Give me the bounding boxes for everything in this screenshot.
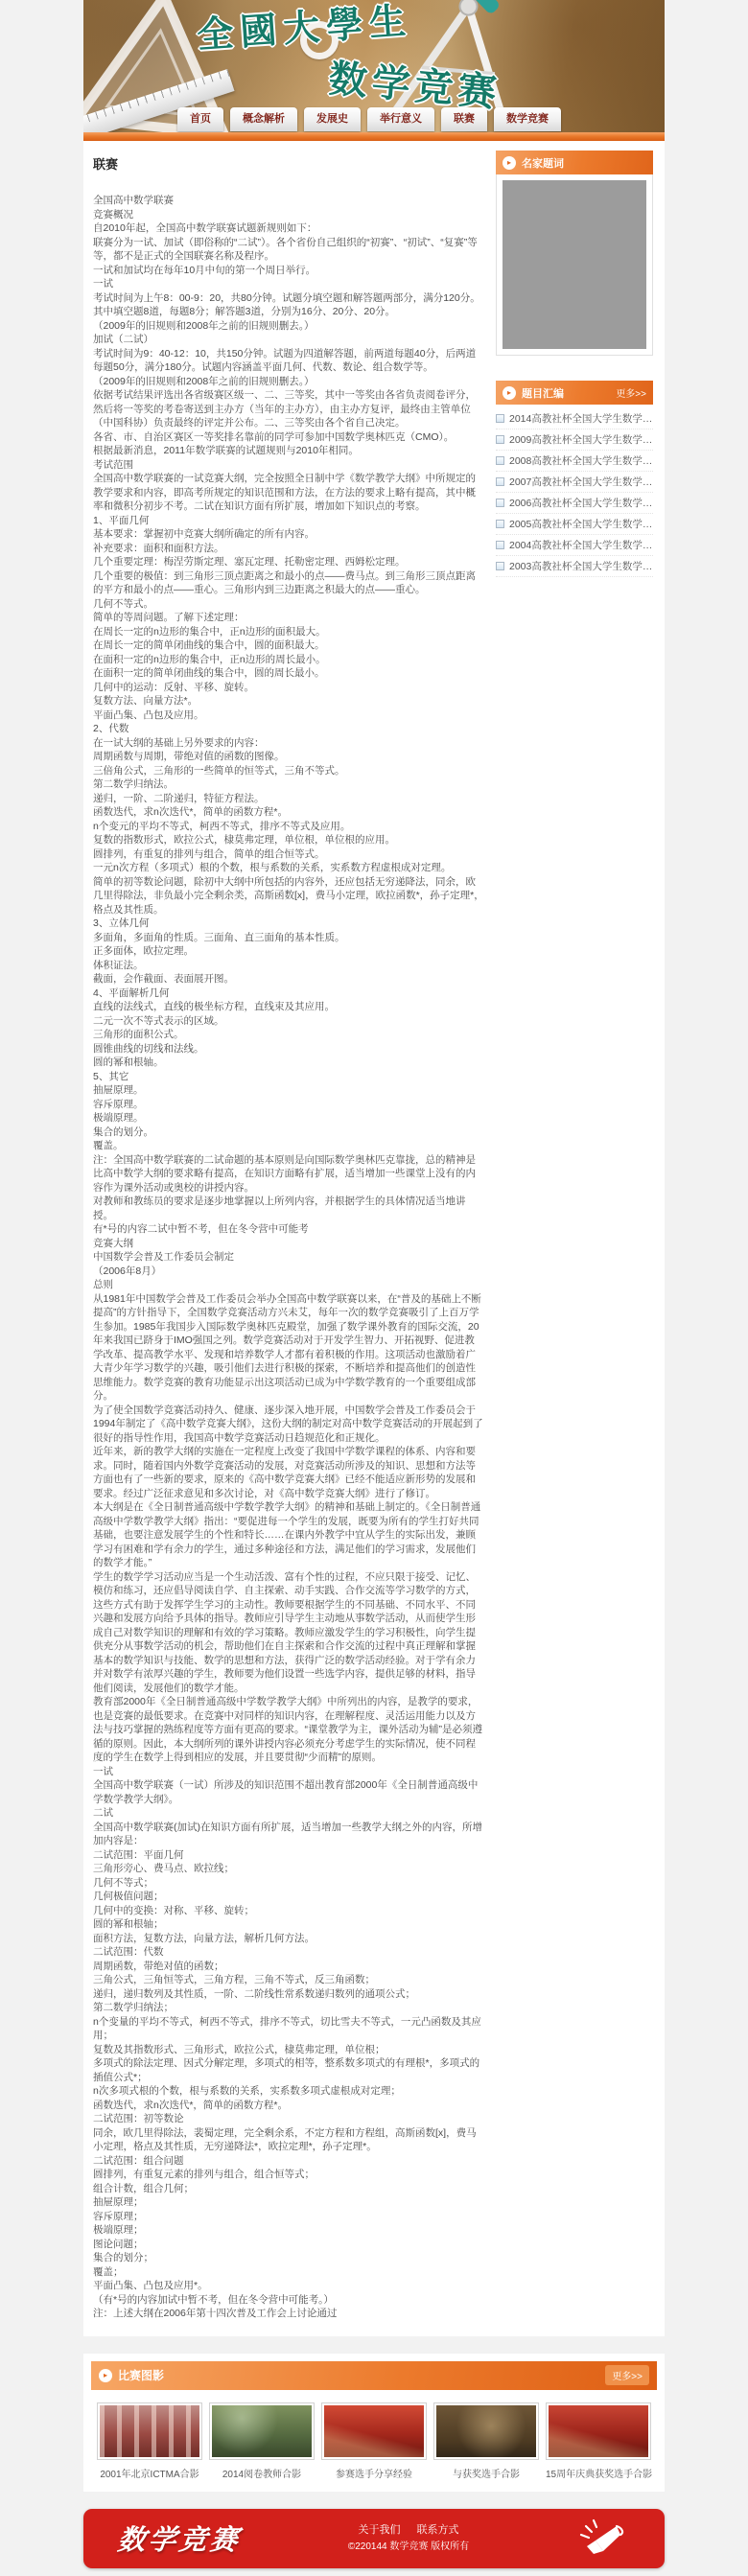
article-paragraph: 抽屉原理。 <box>93 1083 484 1098</box>
article-paragraph: 抽屉原理； <box>93 2195 484 2210</box>
inscriptions-title: 名家题词 <box>522 155 564 171</box>
article-paragraph: 多项式的除法定理、因式分解定理，多项式的相等，整系数多项式的有理根*，多项式的插… <box>93 2056 484 2084</box>
article-paragraph: 补充要求：面积和面积方法。 <box>93 542 484 556</box>
article-paragraph: 注：上述大纲在2006年第十四次普及工作会上讨论通过 <box>93 2307 484 2321</box>
article-column: 联赛 全国高中数学联赛 竞赛概况 自2010年起，全国高中数学联赛试题新规则如下… <box>93 151 484 2321</box>
compilation-item-label: 2009高教社杯全国大学生数学竞赛… <box>509 432 653 447</box>
article-paragraph: （2009年的旧规则和2008年之前的旧规则删去。） <box>93 319 484 334</box>
article-paragraph: 几何中的变换：对称、平移、旋转； <box>93 1904 484 1918</box>
article-paragraph: 几何中的运动：反射、平移、旋转。 <box>93 681 484 695</box>
article-paragraph: 三角形的面积公式。 <box>93 1028 484 1042</box>
article-paragraph: 复数方法、向量方法*。 <box>93 694 484 708</box>
article-paragraph: 二试范围：代数 <box>93 1945 484 1960</box>
article-paragraph: 面积方法，复数方法，向量方法，解析几何方法。 <box>93 1932 484 1946</box>
article-paragraph: 圆排列，有重复的排列与组合，简单的组合恒等式。 <box>93 847 484 862</box>
article-paragraph: 简单的等周问题。了解下述定理： <box>93 611 484 625</box>
photo-caption: 15周年庆典获奖选手合影 <box>546 2466 651 2480</box>
nav-item[interactable]: 概念解析 <box>230 107 297 131</box>
article-paragraph: 在一试大纲的基础上另外要求的内容： <box>93 736 484 751</box>
document-icon <box>496 541 504 549</box>
article-paragraph: 依据考试结果评选出各省级赛区级一、二、三等奖，其中一等奖由各省负责阅卷评分，然后… <box>93 388 484 430</box>
banner-title-line1: 全國大學生 <box>195 0 413 58</box>
article-paragraph: （有*号的内容加试中暂不考，但在冬令营中可能考。） <box>93 2293 484 2308</box>
photo-thumbnail <box>549 2405 648 2457</box>
article-paragraph: 教育部2000年《全日制普通高级中学数学教学大纲》中所列出的内容，是教学的要求，… <box>93 1695 484 1765</box>
compilation-list-item[interactable]: 2008高教社杯全国大学生数学竞赛… <box>496 451 653 472</box>
article-paragraph: 平面凸集、凸包及应用*。 <box>93 2279 484 2293</box>
gallery-header: ▸ 比赛图影 更多>> <box>91 2361 657 2390</box>
inscriptions-header: ▸ 名家题词 <box>496 151 653 174</box>
article-paragraph: 圆的幂和根轴。 <box>93 1056 484 1070</box>
compilation-list: 2014高教社杯全国大学生数学竞赛… 2009高教社杯全国大学生数学竞赛… 20… <box>496 408 653 577</box>
article-paragraph: 在面积一定的简单闭曲线的集合中，圆的周长最小。 <box>93 666 484 681</box>
document-icon <box>496 499 504 507</box>
article-paragraph: 一试 <box>93 1765 484 1779</box>
inscriptions-body <box>496 174 653 356</box>
compilation-list-item[interactable]: 2004高教社杯全国大学生数学竞赛… <box>496 535 653 556</box>
article-paragraph: 简单的初等数论问题，除初中大纲中所包括的内容外，还应包括无穷递降法，同余，欧几里… <box>93 875 484 917</box>
article-paragraph: 组合计数，组合几何； <box>93 2182 484 2196</box>
document-icon <box>496 435 504 444</box>
article-paragraph: 三倍角公式，三角形的一些简单的恒等式，三角不等式。 <box>93 764 484 778</box>
article-paragraph: 容斥原理； <box>93 2210 484 2224</box>
compilation-item-label: 2003高教社杯全国大学生数学竞赛… <box>509 559 653 573</box>
article-paragraph: 中国数学会普及工作委员会制定 <box>93 1250 484 1265</box>
nav-item[interactable]: 联赛 <box>441 107 487 131</box>
gallery-photos: 2001年北京ICTMA合影 2014阅卷教师合影 参赛选手分享经验 <box>91 2390 657 2482</box>
article-paragraph: 平面凸集、凸包及应用。 <box>93 708 484 723</box>
document-icon <box>496 562 504 570</box>
arrow-bullet-icon: ▸ <box>503 386 516 400</box>
article-paragraph: 几个重要的极值：到三角形三顶点距离之和最小的点——费马点。到三角形三顶点距离的平… <box>93 569 484 597</box>
photo-thumbnail <box>436 2405 536 2457</box>
photo-frame <box>321 2402 427 2460</box>
compilation-list-item[interactable]: 2014高教社杯全国大学生数学竞赛… <box>496 408 653 429</box>
compilation-item-label: 2014高教社杯全国大学生数学竞赛… <box>509 411 653 426</box>
article-paragraph: 根据最新消息，2011年数学联赛的试题规则与2010年相同。 <box>93 444 484 458</box>
article-paragraph: 考试范围 <box>93 458 484 473</box>
page-container: 全國大學生 数学竞赛 首页 概念解析 发展史 举行意义 联赛 数学竞赛 联赛 <box>83 0 665 2568</box>
copyright-text: ©220144 数学竞赛 版权所有 <box>241 2539 576 2555</box>
article-paragraph: 二试范围：初等数论 <box>93 2112 484 2126</box>
compilation-header: ▸ 题目汇编 更多>> <box>496 381 653 405</box>
arrow-bullet-icon: ▸ <box>503 156 516 170</box>
compilation-list-item[interactable]: 2005高教社杯全国大学生数学竞赛… <box>496 514 653 535</box>
article-paragraph: 一元n次方程（多项式）根的个数，根与系数的关系，实系数方程虚根成对定理。 <box>93 861 484 875</box>
nav-item[interactable]: 数学竞赛 <box>494 107 561 131</box>
article-paragraph: 集合的划分。 <box>93 1126 484 1140</box>
photo-frame <box>209 2402 315 2460</box>
article-paragraph: 圆排列，有重复元素的排列与组合，组合恒等式； <box>93 2168 484 2182</box>
article-paragraph: 函数迭代，求n次迭代*，简单的函数方程*。 <box>93 805 484 820</box>
article-paragraph: 三角形旁心、费马点、欧拉线； <box>93 1862 484 1876</box>
compilation-item-label: 2006高教社杯全国大学生数学竞赛… <box>509 496 653 510</box>
article-paragraph: 联赛分为一试、加试（即俗称的“二试”）。各个省份自己组织的“初赛”、“初试”、“… <box>93 236 484 264</box>
article-paragraph: 几何不等式。 <box>93 597 484 612</box>
article-paragraph: n个变元的平均不等式，柯西不等式，排序不等式及应用。 <box>93 820 484 834</box>
article-paragraph: 周期函数与周期，带绝对值的函数的图像。 <box>93 750 484 764</box>
main-card: 联赛 全国高中数学联赛 竞赛概况 自2010年起，全国高中数学联赛试题新规则如下… <box>83 141 665 2336</box>
main-nav: 首页 概念解析 发展史 举行意义 联赛 数学竞赛 <box>177 107 561 131</box>
nav-item[interactable]: 发展史 <box>304 107 361 131</box>
article-paragraph: 全国高中数学联赛 <box>93 194 484 208</box>
article-paragraph: 递归，一阶、二阶递归，特征方程法。 <box>93 792 484 806</box>
article-paragraph: 二试范围：组合问题 <box>93 2154 484 2169</box>
article-paragraph: 各省、市、自治区赛区一等奖排名靠前的同学可参加中国数学奥林匹克（CMO）。 <box>93 430 484 445</box>
article-paragraph: 图论问题； <box>93 2238 484 2252</box>
article-paragraph: 近年来，新的教学大纲的实施在一定程度上改变了我国中学数学课程的体系、内容和要求。… <box>93 1445 484 1500</box>
photo-thumbnail <box>212 2405 312 2457</box>
article-paragraph: 周期函数，带绝对值的函数； <box>93 1960 484 1974</box>
article-paragraph: 本大纲是在《全日制普通高级中学数学教学大纲》的精神和基础上制定的。《全日制普通高… <box>93 1500 484 1570</box>
article-paragraph: 二试范围：平面几何 <box>93 1848 484 1863</box>
document-icon <box>496 414 504 423</box>
article-paragraph: 竞赛大纲 <box>93 1237 484 1251</box>
article-paragraph: （2009年的旧规则和2008年之前的旧规则删去。） <box>93 375 484 389</box>
article-paragraph: 基本要求：掌握初中竞赛大纲所确定的所有内容。 <box>93 527 484 542</box>
article-paragraph: 3、立体几何 <box>93 917 484 931</box>
article-paragraph: 总则 <box>93 1278 484 1292</box>
article-paragraph: 极端原理。 <box>93 1111 484 1126</box>
photo-frame <box>546 2402 651 2460</box>
article-paragraph: 加试（二试） <box>93 333 484 347</box>
gallery-title: 比赛图影 <box>118 2367 164 2383</box>
article-paragraph: 同余，欧几里得除法，裴蜀定理，完全剩余系，不定方程和方程组，高斯函数[x]，费马… <box>93 2126 484 2154</box>
article-paragraph: 三角公式，三角恒等式，三角方程，三角不等式，反三角函数； <box>93 1973 484 1987</box>
compilation-item-label: 2004高教社杯全国大学生数学竞赛… <box>509 538 653 552</box>
article-paragraph: 1、平面几何 <box>93 514 484 528</box>
article-paragraph: 极端原理； <box>93 2223 484 2238</box>
article-paragraph: n个变量的平均不等式，柯西不等式，排序不等式，切比雪夫不等式，一元凸函数及其应用… <box>93 2015 484 2043</box>
arrow-bullet-icon: ▸ <box>99 2369 112 2382</box>
photo-frame <box>433 2402 539 2460</box>
footer-links: 关于我们 联系方式 <box>241 2522 576 2539</box>
nav-item[interactable]: 举行意义 <box>367 107 434 131</box>
article-paragraph: 有*号的内容二试中暂不考，但在冬令营中可能考 <box>93 1222 484 1237</box>
article-paragraph: 注：全国高中数学联赛的二试命题的基本原则是向国际数学奥林匹克靠拢，总的精神是比高… <box>93 1153 484 1195</box>
article-paragraph: 覆盖。 <box>93 1139 484 1153</box>
article-paragraph: 考试时间为9：40-12：10，共150分钟。试题为四道解答题，前两道每题40分… <box>93 347 484 375</box>
article-paragraph: 递归，递归数列及其性质，一阶、二阶线性常系数递归数列的通项公式； <box>93 1987 484 2002</box>
article-paragraph: 在面积一定的n边形的集合中，正n边形的周长最小。 <box>93 653 484 667</box>
document-icon <box>496 477 504 486</box>
article-paragraph: 在周长一定的n边形的集合中，正n边形的面积最大。 <box>93 625 484 639</box>
compilation-more-link[interactable]: 更多>> <box>616 385 646 400</box>
article-paragraph: 第二数学归纳法； <box>93 2001 484 2015</box>
footer-center: 关于我们 联系方式 ©220144 数学竞赛 版权所有 <box>241 2522 576 2555</box>
article-paragraph: 二试 <box>93 1806 484 1821</box>
compilation-title: 题目汇编 <box>522 385 564 401</box>
document-icon <box>496 520 504 528</box>
photo-caption: 与获奖选手合影 <box>433 2466 539 2480</box>
article-paragraph: 多面角，多面角的性质。三面角、直三面角的基本性质。 <box>93 931 484 945</box>
inscriptions-box: ▸ 名家题词 <box>496 151 653 356</box>
compilation-list-item[interactable]: 2006高教社杯全国大学生数学竞赛… <box>496 493 653 514</box>
article-paragraph: 对教师和教练员的要求是逐步地掌握以上所列内容，并根据学生的具体情况适当地讲授。 <box>93 1195 484 1222</box>
gallery-photo[interactable]: 15周年庆典获奖选手合影 <box>546 2402 651 2480</box>
article-paragraph: 竞赛概况 <box>93 208 484 222</box>
gallery-card: ▸ 比赛图影 更多>> 2001年北京ICTMA合影 2014阅卷教师合影 <box>83 2354 665 2492</box>
article-paragraph: 复数及其指数形式、三角形式，欧拉公式，棣莫弗定理，单位根； <box>93 2043 484 2057</box>
footer-logo: 数学竞赛 <box>115 2518 243 2558</box>
article-paragraph: 全国高中数学联赛的一试竞赛大纲，完全按照全日制中学《数学教学大纲》中所规定的教学… <box>93 472 484 514</box>
about-link[interactable]: 关于我们 <box>358 2524 400 2536</box>
sidebar: ▸ 名家题词 ▸ 题目汇编 更多>> <box>496 151 653 2321</box>
compilation-list-item[interactable]: 2009高教社杯全国大学生数学竞赛… <box>496 429 653 451</box>
article-paragraph: 第二数学归纳法。 <box>93 777 484 792</box>
article-paragraph: 一试 <box>93 277 484 291</box>
article-paragraph: 全国高中数学联赛(加试)在知识方面有所扩展，适当增加一些教学大纲之外的内容，所增… <box>93 1821 484 1848</box>
article-paragraph: 圆锥曲线的切线和法线。 <box>93 1042 484 1056</box>
article-body: 全国高中数学联赛 竞赛概况 自2010年起，全国高中数学联赛试题新规则如下： 联… <box>93 194 484 2321</box>
site-banner: 全國大學生 数学竞赛 首页 概念解析 发展史 举行意义 联赛 数学竞赛 <box>83 0 665 132</box>
page-title: 联赛 <box>93 154 484 173</box>
gallery-more-button[interactable]: 更多>> <box>605 2365 649 2385</box>
nav-divider-bar <box>83 132 665 141</box>
inscription-image-placeholder <box>503 180 646 349</box>
article-paragraph: 正多面体，欧拉定理。 <box>93 944 484 959</box>
article-paragraph: 集合的划分； <box>93 2251 484 2265</box>
article-paragraph: 从1981年中国数学会普及工作委员会举办全国高中数学联赛以来，在“普及的基础上不… <box>93 1292 484 1404</box>
photo-thumbnail <box>100 2405 199 2457</box>
article-paragraph: 几何极值问题； <box>93 1890 484 1904</box>
article-paragraph: 全国高中数学联赛（一试）所涉及的知识范围不超出教育部2000年《全日制普通高级中… <box>93 1778 484 1806</box>
article-paragraph: 考试时间为上午8：00-9：20，共80分钟。试题分填空题和解答题两部分，满分1… <box>93 291 484 319</box>
article-paragraph: 5、其它 <box>93 1070 484 1084</box>
gallery-photo[interactable]: 与获奖选手合影 <box>433 2402 539 2480</box>
article-paragraph: 几个重要定理：梅涅劳斯定理、塞瓦定理、托勒密定理、西姆松定理。 <box>93 555 484 569</box>
article-paragraph: 复数的指数形式，欧拉公式，棣莫弗定理，单位根，单位根的应用。 <box>93 833 484 847</box>
contact-link[interactable]: 联系方式 <box>417 2524 459 2536</box>
article-paragraph: 几何不等式； <box>93 1876 484 1891</box>
compilation-item-label: 2005高教社杯全国大学生数学竞赛… <box>509 517 653 531</box>
photo-caption: 2014阅卷教师合影 <box>209 2466 315 2480</box>
compilation-item-label: 2007高教社杯全国大学生数学竞赛… <box>509 475 653 489</box>
article-paragraph: 容斥原理。 <box>93 1098 484 1112</box>
article-paragraph: 直线的法线式，直线的极坐标方程，直线束及其应用。 <box>93 1000 484 1014</box>
compilation-item-label: 2008高教社杯全国大学生数学竞赛… <box>509 453 653 468</box>
article-paragraph: 一试和加试均在每年10月中旬的第一个周日举行。 <box>93 264 484 278</box>
gallery-photo[interactable]: 2014阅卷教师合影 <box>209 2402 315 2480</box>
compilation-list-item[interactable]: 2007高教社杯全国大学生数学竞赛… <box>496 472 653 493</box>
photo-caption: 2001年北京ICTMA合影 <box>97 2466 202 2480</box>
document-icon <box>496 456 504 465</box>
article-paragraph: 截面，会作截面、表面展开图。 <box>93 972 484 986</box>
article-paragraph: 体积证法。 <box>93 959 484 973</box>
article-paragraph: 自2010年起，全国高中数学联赛试题新规则如下： <box>93 221 484 236</box>
article-paragraph: 在周长一定的简单闭曲线的集合中，圆的面积最大。 <box>93 638 484 653</box>
megaphone-icon <box>576 2517 630 2561</box>
gallery-photo[interactable]: 2001年北京ICTMA合影 <box>97 2402 202 2480</box>
compilation-list-item[interactable]: 2003高教社杯全国大学生数学竞赛… <box>496 556 653 577</box>
article-paragraph: 覆盖； <box>93 2265 484 2280</box>
gallery-photo[interactable]: 参赛选手分享经验 <box>321 2402 427 2480</box>
article-paragraph: 2、代数 <box>93 722 484 736</box>
article-paragraph: n次多项式根的个数，根与系数的关系，实系数多项式虚根成对定理； <box>93 2084 484 2099</box>
photo-frame <box>97 2402 202 2460</box>
article-paragraph: 圆的幂和根轴； <box>93 1917 484 1932</box>
photo-caption: 参赛选手分享经验 <box>321 2466 427 2480</box>
compilation-box: ▸ 题目汇编 更多>> 2014高教社杯全国大学生数学竞赛… 200 <box>496 381 653 577</box>
site-footer: 数学竞赛 关于我们 联系方式 ©220144 数学竞赛 版权所有 <box>83 2509 665 2568</box>
article-paragraph: 4、平面解析几何 <box>93 986 484 1001</box>
article-paragraph: 为了使全国数学竞赛活动持久、健康、逐步深入地开展，中国数学会普及工作委员会于19… <box>93 1404 484 1446</box>
article-paragraph: 二元一次不等式表示的区域。 <box>93 1014 484 1029</box>
article-paragraph: （2006年8月） <box>93 1265 484 1279</box>
nav-item[interactable]: 首页 <box>177 107 223 131</box>
photo-thumbnail <box>324 2405 424 2457</box>
article-paragraph: 学生的数学学习活动应当是一个生动活泼、富有个性的过程，不应只限于接受、记忆、模仿… <box>93 1570 484 1696</box>
article-paragraph: 函数迭代，求n次迭代*，简单的函数方程*。 <box>93 2099 484 2113</box>
